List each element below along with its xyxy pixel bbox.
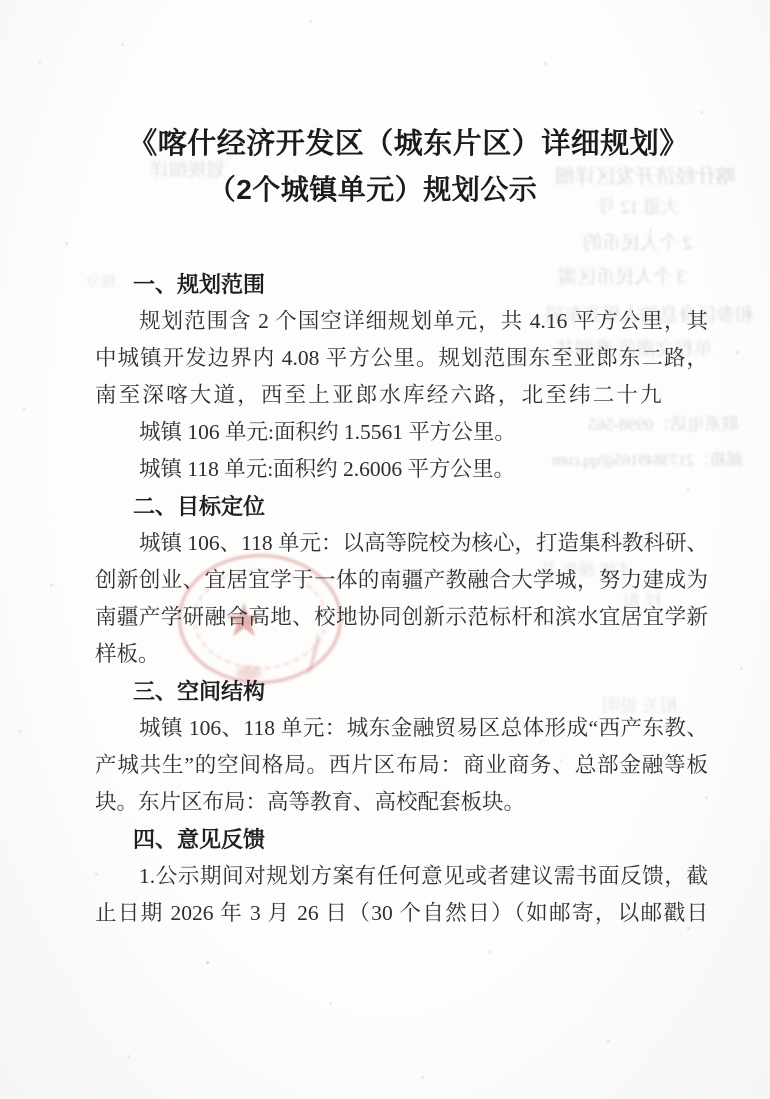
body-text-line: 产城共生”的空间格局。西片区布局：商业商务、总部金融等板 bbox=[95, 747, 708, 784]
body-text-line: 城镇 106、118 单元：以高等院校为核心，打造集科教科研、 bbox=[95, 525, 708, 562]
body-text-line: 创新创业、宜居宜学于一体的南疆产教融合大学城，努力建成为 bbox=[95, 562, 708, 599]
body-text-line: 城镇 106、118 单元：城东金融贸易区总体形成“西产东教、 bbox=[95, 710, 708, 747]
section-heading: 三、空间结构 bbox=[95, 673, 708, 710]
scanned-document-page: 划规细详喀什经济开发区详细大道 12 号2 个人民币的3 个人民币区需和参区身息… bbox=[0, 0, 770, 1099]
body-text-line: 样板。 bbox=[95, 636, 708, 673]
document-title: 《喀什经济开发区（城东片区）详细规划》 （2个城镇单元）规划公示 bbox=[95, 121, 712, 213]
body-text-line: 南疆产学研融合高地、校地协同创新示范标杆和滨水宜居宜学新 bbox=[95, 599, 708, 636]
body-text-line: 城镇 106 单元:面积约 1.5561 平方公里。 bbox=[95, 414, 708, 451]
body-text-line: 中城镇开发边界内 4.08 平方公里。规划范围东至亚郎东二路， bbox=[95, 340, 708, 377]
body-text-line: 城镇 118 单元:面积约 2.6006 平方公里。 bbox=[95, 451, 708, 488]
bleedthrough-text-artifact: 2 个人民币的 bbox=[583, 228, 692, 255]
title-line-2: （2个城镇单元）规划公示 bbox=[64, 167, 681, 213]
section-heading: 二、目标定位 bbox=[95, 488, 708, 525]
body-text-line: 规划范围含 2 个国空详细规划单元，共 4.16 平方公里，其 bbox=[95, 303, 708, 340]
document-lines: 一、规划范围规划范围含 2 个国空详细规划单元，共 4.16 平方公里，其中城镇… bbox=[95, 266, 708, 932]
section-heading: 四、意见反馈 bbox=[95, 821, 708, 858]
body-text-line: 1.公示期间对规划方案有任何意见或者建议需书面反馈，截 bbox=[95, 858, 708, 895]
title-line-1: 《喀什经济开发区（城东片区）详细规划》 bbox=[100, 121, 717, 167]
scanner-noise-speckles bbox=[0, 0, 1, 1]
section-heading: 一、规划范围 bbox=[95, 266, 708, 303]
body-text-line: 块。东片区布局：高等教育、高校配套板块。 bbox=[95, 784, 708, 821]
body-text-line: 南至深喀大道，西至上亚郎水库经六路，北至纬二十九路。 bbox=[95, 377, 708, 414]
body-text-line: 止日期 2026 年 3 月 26 日（30 个自然日）（如邮寄，以邮戳日 bbox=[95, 895, 708, 932]
